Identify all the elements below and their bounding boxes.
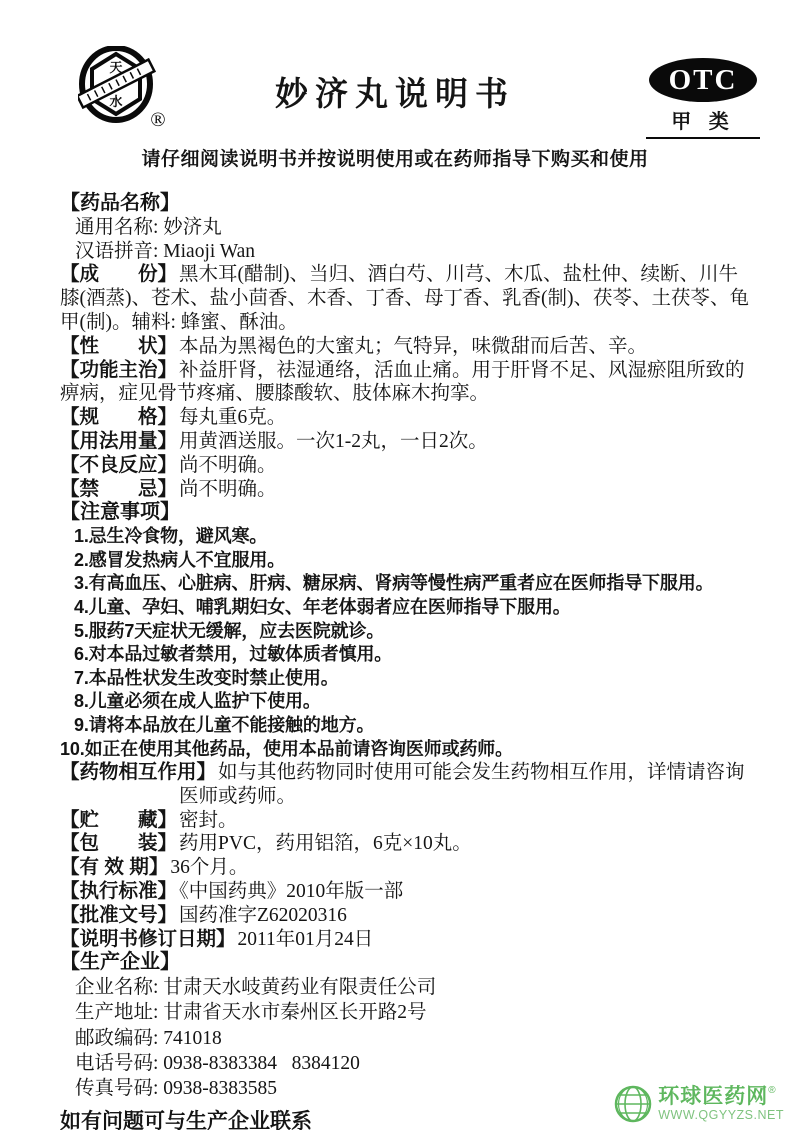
watermark-text: 环球医药网® WWW.QGYYZS.NET (658, 1086, 784, 1122)
otc-oval-icon: OTC (649, 58, 757, 102)
section-label: 【药物相互作用】 (60, 761, 216, 783)
section-text: 通用名称: 妙济丸 (75, 217, 222, 238)
section-dosage: 【用法用量】用黄酒送服。一次1-2丸，一日2次。 (60, 430, 756, 454)
section-precautions: 【注意事项】 (60, 501, 756, 525)
watermark-reg-mark: ® (768, 1085, 776, 1096)
section-label: 【功能主治】 (60, 359, 177, 381)
section-label: 【注意事项】 (60, 501, 180, 523)
read-instructions-notice: 请仔细阅读说明书并按说明使用或在药师指导下购买和使用 (0, 144, 790, 171)
section-text: 用黄酒送服。一次1-2丸，一日2次。 (179, 431, 488, 452)
section-label: 【包 装】 (60, 832, 177, 854)
otc-class-label: 甲 类 (646, 105, 760, 139)
section-text: 每丸重6克。 (179, 407, 286, 428)
section-text: 药用PVC，药用铝箔，6克×10丸。 (179, 833, 472, 854)
section-label: 【生产企业】 (60, 951, 180, 973)
section-text: 36个月。 (170, 857, 248, 878)
section-label: 【性 状】 (60, 335, 177, 357)
section-drug-name: 【药品名称】 (60, 192, 756, 216)
section-label: 【规 格】 (60, 406, 177, 428)
section-text: 生产地址: 甘肃省天水市秦州区长开路2号 (75, 1002, 427, 1023)
generic-name-line: 通用名称: 妙济丸 (60, 216, 756, 240)
section-label: 【成 份】 (60, 263, 177, 285)
section-text: 国药准字Z62020316 (179, 905, 347, 926)
section-text: 3.有高血压、心脏病、肝病、糖尿病、肾病等慢性病严重者应在医师指导下服用。 (74, 573, 713, 593)
leaflet-header: 天 水 ® 妙济丸说明书 OTC 甲 类 请 (0, 0, 790, 186)
section-text: 电话号码: 0938-8383384 8384120 (75, 1053, 360, 1074)
section-label: 【有 效 期】 (60, 856, 168, 878)
watermark: 环球医药网® WWW.QGYYZS.NET (613, 1084, 784, 1124)
section-label: 【贮 藏】 (60, 809, 177, 831)
section-text: 2.感冒发热病人不宜服用。 (74, 550, 285, 570)
section-description: 【性 状】本品为黑褐色的大蜜丸；气特异，味微甜而后苦、辛。 (60, 335, 756, 359)
section-text: 《中国药典》2010年版一部 (179, 881, 403, 902)
section-label: 【禁 忌】 (60, 478, 177, 500)
section-text: 5.服药7天症状无缓解，应去医院就诊。 (74, 621, 384, 641)
section-validity: 【有 效 期】36个月。 (60, 856, 756, 880)
section-text: 企业名称: 甘肃天水岐黄药业有限责任公司 (75, 977, 436, 998)
section-label: 【执行标准】 (60, 880, 177, 902)
section-label: 【批准文号】 (60, 904, 177, 926)
section-package: 【包 装】药用PVC，药用铝箔，6克×10丸。 (60, 832, 756, 856)
section-specification: 【规 格】每丸重6克。 (60, 406, 756, 430)
precaution-item-1: 1.忌生冷食物，避风寒。 (60, 525, 756, 549)
section-text: 传真号码: 0938-8383585 (75, 1078, 277, 1099)
precaution-item-9: 9.请将本品放在儿童不能接触的地方。 (60, 714, 756, 738)
section-label: 【药品名称】 (60, 192, 180, 214)
company-address-line: 生产地址: 甘肃省天水市秦州区长开路2号 (60, 1000, 756, 1025)
precaution-item-4: 4.儿童、孕妇、哺乳期妇女、年老体弱者应在医师指导下服用。 (60, 596, 756, 620)
precaution-item-8: 8.儿童必须在成人监护下使用。 (60, 690, 756, 714)
section-storage: 【贮 藏】密封。 (60, 809, 756, 833)
section-text: 4.儿童、孕妇、哺乳期妇女、年老体弱者应在医师指导下服用。 (74, 597, 571, 617)
precaution-item-7: 7.本品性状发生改变时禁止使用。 (60, 667, 756, 691)
section-contraindications: 【禁 忌】尚不明确。 (60, 478, 756, 502)
section-standard: 【执行标准】《中国药典》2010年版一部 (60, 880, 756, 904)
section-text: 10.如正在使用其他药品，使用本品前请咨询医师或药师。 (60, 739, 513, 759)
section-manufacturer: 【生产企业】 (60, 951, 756, 975)
leaflet-page: 天 水 ® 妙济丸说明书 OTC 甲 类 请 (0, 0, 790, 1130)
section-label: 【不良反应】 (60, 454, 177, 476)
section-text: 如与其他药物同时使用可能会发生药物相互作用，详情请咨询医师或药师。 (179, 762, 745, 807)
section-text: 9.请将本品放在儿童不能接触的地方。 (74, 715, 374, 735)
section-text: 邮政编码: 741018 (75, 1028, 222, 1049)
section-text: 尚不明确。 (179, 479, 277, 500)
section-text: 6.对本品过敏者禁用，过敏体质者慎用。 (74, 644, 392, 664)
section-adverse-reactions: 【不良反应】尚不明确。 (60, 454, 756, 478)
section-text: 8.儿童必须在成人监护下使用。 (74, 691, 321, 711)
section-text: 1.忌生冷食物，避风寒。 (74, 526, 267, 546)
section-text: 密封。 (179, 810, 238, 831)
section-ingredients: 【成 份】黑木耳(醋制)、当归、酒白芍、川芎、木瓜、盐杜仲、续断、川牛膝(酒蒸)… (60, 263, 756, 334)
precaution-item-2: 2.感冒发热病人不宜服用。 (60, 549, 756, 573)
leaflet-sections: 【药品名称】通用名称: 妙济丸汉语拼音: Miaoji Wan【成 份】黑木耳(… (0, 186, 790, 1101)
section-text: 本品为黑褐色的大蜜丸；气特异，味微甜而后苦、辛。 (179, 336, 647, 357)
phone-line: 电话号码: 0938-8383384 8384120 (60, 1051, 756, 1076)
precaution-item-6: 6.对本品过敏者禁用，过敏体质者慎用。 (60, 643, 756, 667)
globe-icon (613, 1084, 653, 1124)
precaution-item-3: 3.有高血压、心脏病、肝病、糖尿病、肾病等慢性病严重者应在医师指导下服用。 (60, 572, 756, 596)
section-text: 7.本品性状发生改变时禁止使用。 (74, 668, 339, 688)
section-text: 尚不明确。 (179, 455, 277, 476)
otc-badge: OTC 甲 类 (646, 58, 760, 139)
pinyin-line: 汉语拼音: Miaoji Wan (60, 240, 756, 264)
section-functions: 【功能主治】补益肝肾，祛湿通络，活血止痛。用于肝肾不足、风湿瘀阻所致的痹病，症见… (60, 359, 756, 407)
section-approval-number: 【批准文号】国药准字Z62020316 (60, 904, 756, 928)
watermark-url: WWW.QGYYZS.NET (658, 1109, 784, 1122)
company-name-line: 企业名称: 甘肃天水岐黄药业有限责任公司 (60, 975, 756, 1000)
section-label: 【用法用量】 (60, 430, 177, 452)
section-revision-date: 【说明书修订日期】2011年01月24日 (60, 928, 756, 952)
precaution-item-5: 5.服药7天症状无缓解，应去医院就诊。 (60, 620, 756, 644)
section-label: 【说明书修订日期】 (60, 928, 236, 950)
section-text: 2011年01月24日 (238, 929, 374, 950)
precaution-item-10: 10.如正在使用其他药品，使用本品前请咨询医师或药师。 (60, 738, 756, 762)
postal-code-line: 邮政编码: 741018 (60, 1026, 756, 1051)
section-text: 汉语拼音: Miaoji Wan (75, 241, 255, 262)
watermark-site-name: 环球医药网® (658, 1086, 784, 1107)
section-drug-interactions: 【药物相互作用】如与其他药物同时使用可能会发生药物相互作用，详情请咨询医师或药师… (60, 761, 756, 809)
